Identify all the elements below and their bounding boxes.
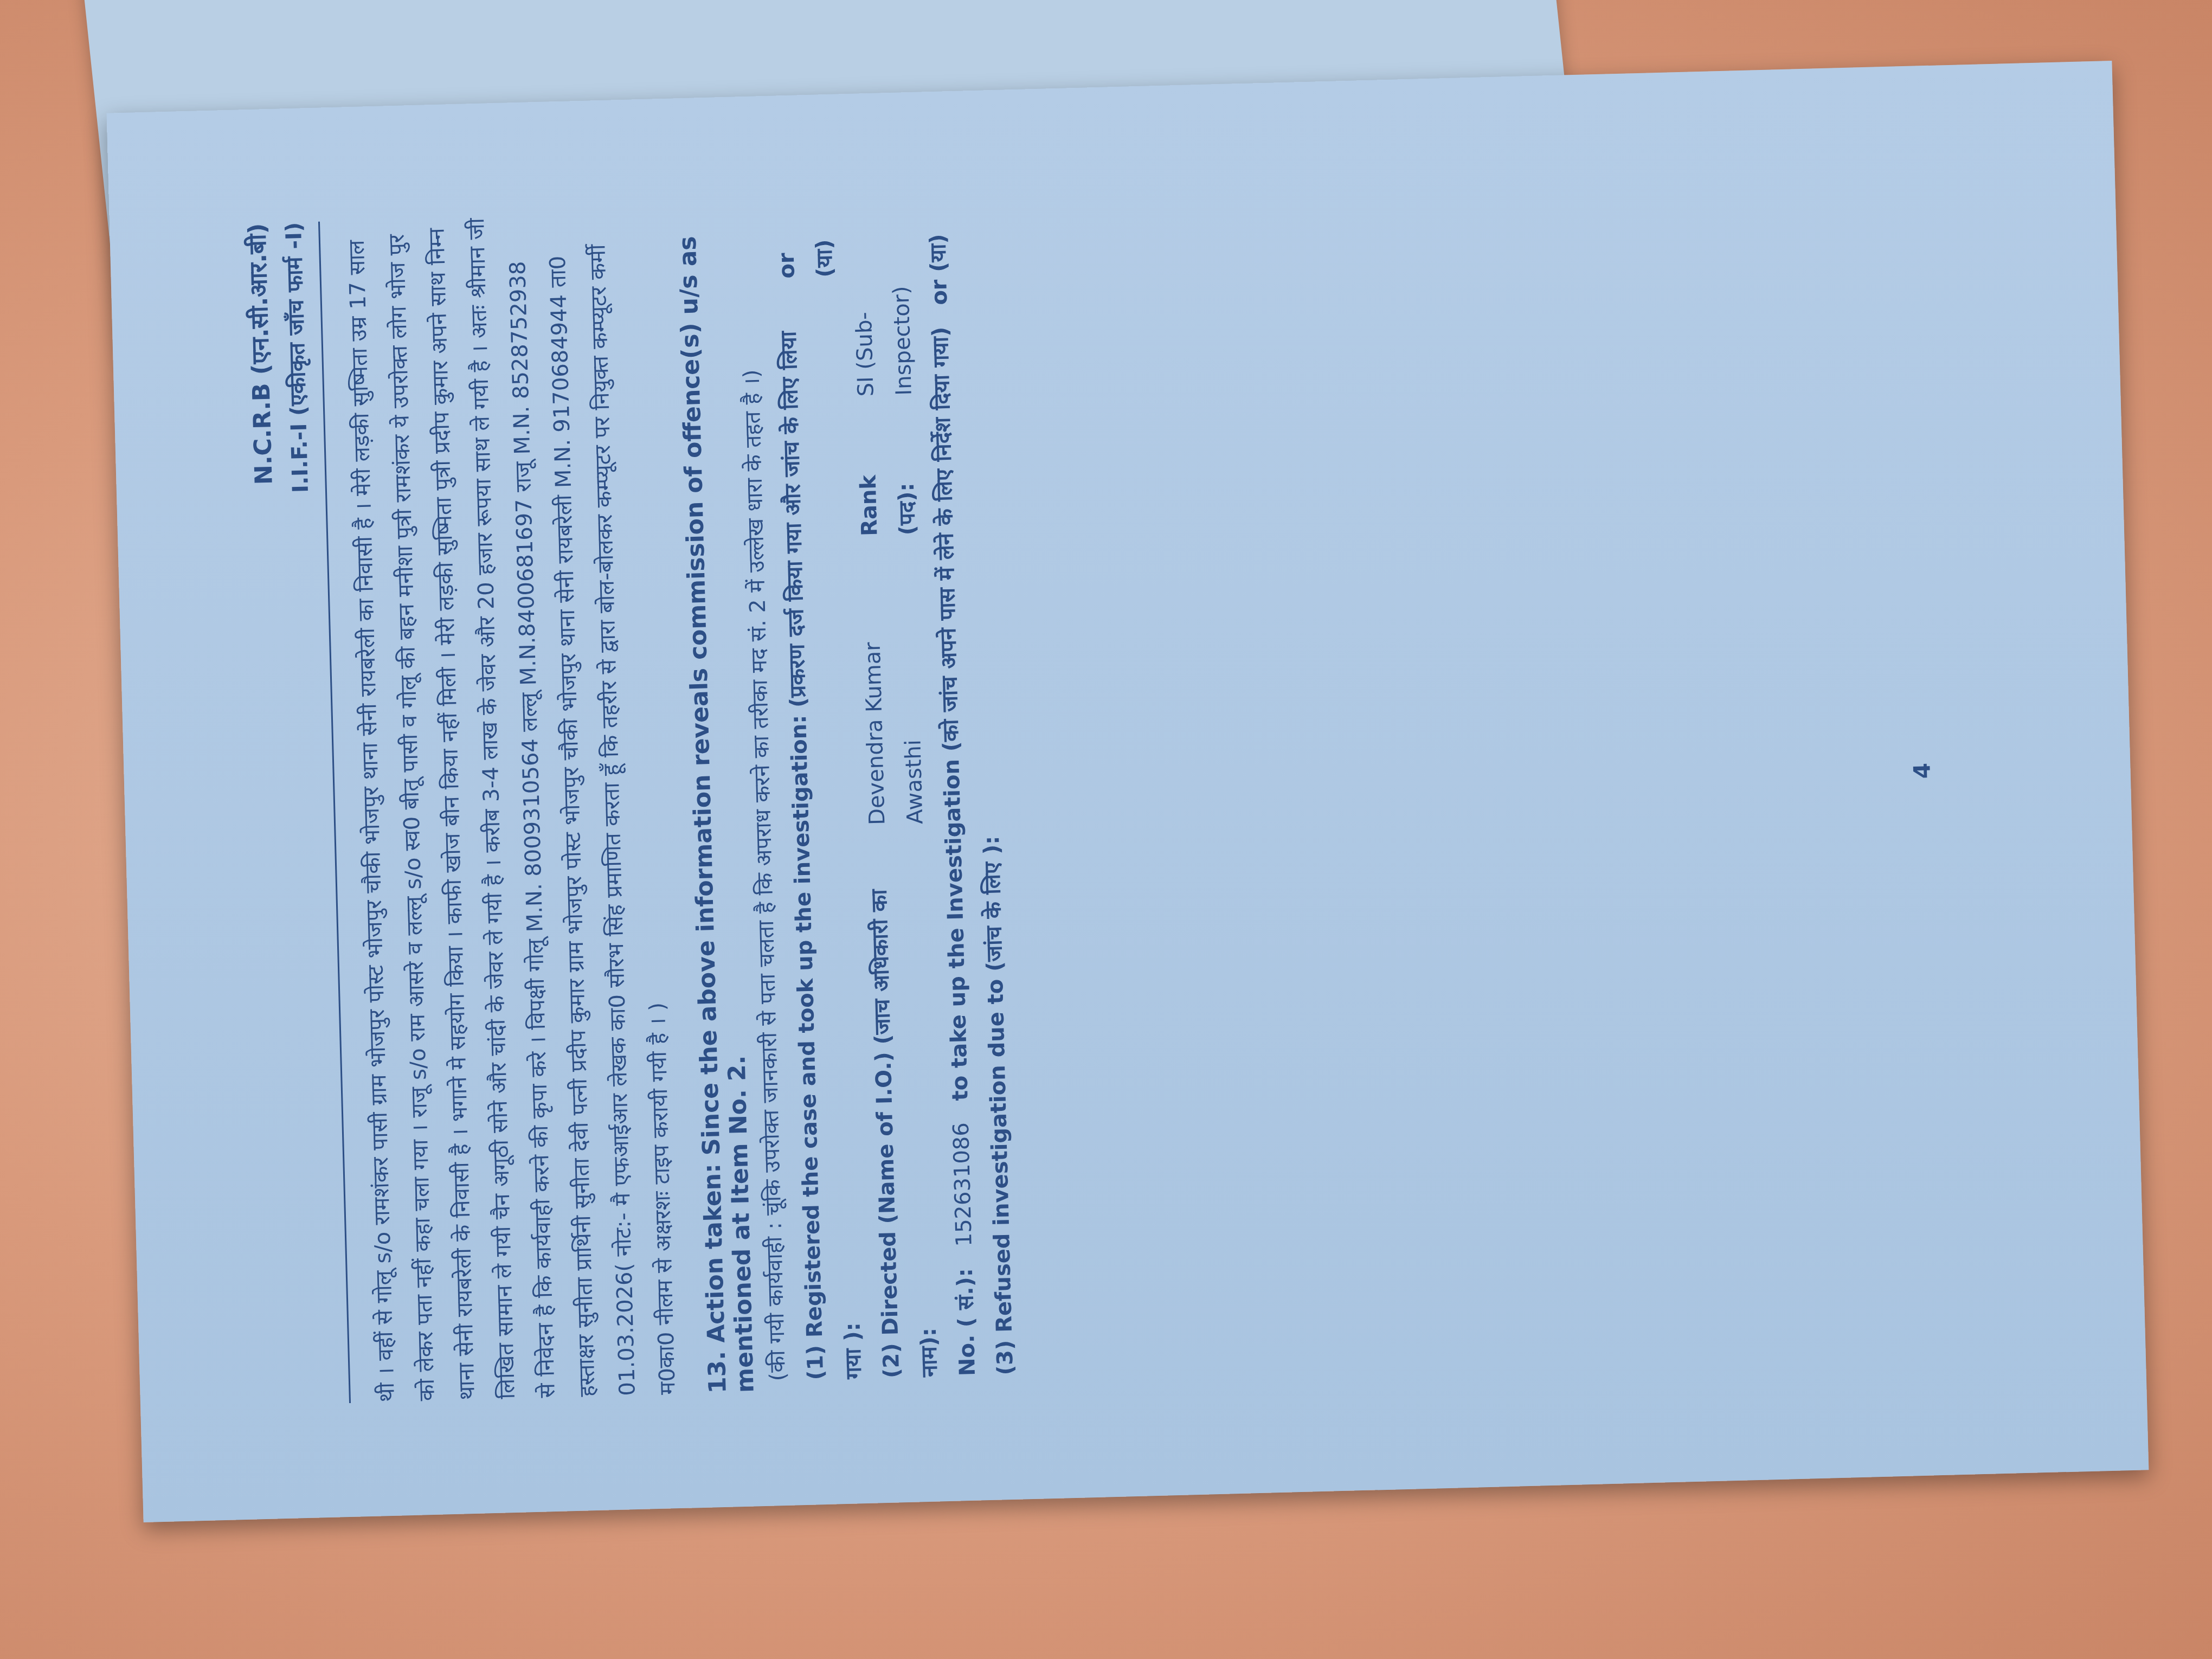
- page-number: 4: [1891, 93, 1953, 1448]
- rank-value: SI (Sub-Inspector): [843, 206, 923, 397]
- or-1: or (या): [767, 208, 844, 279]
- item-2-label: (2) Directed (Name of I.O.) (जाच अधिकारी…: [859, 845, 949, 1379]
- io-name: Devendra Kumar Awasthi: [852, 556, 935, 826]
- complaint-narrative: थी । वहीं से गोलू s/o रामशंकर पासी ग्राम…: [336, 213, 688, 1403]
- no-value: 152631086: [942, 1122, 983, 1247]
- rank-label: Rank (पद):: [848, 417, 927, 537]
- document-page: N.C.R.B (एन.सी.आर.बी) I.I.F.-I (एकीकृत ज…: [107, 61, 2149, 1522]
- no-label: No. ( सं.):: [946, 1268, 987, 1377]
- or-2: or (या): [919, 234, 959, 306]
